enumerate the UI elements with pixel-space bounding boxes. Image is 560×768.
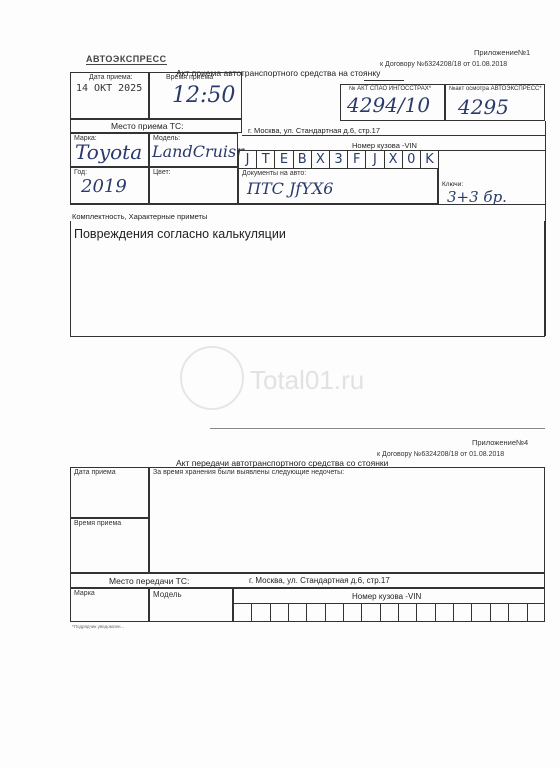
watermark: Total01.ru (180, 350, 364, 414)
vin-char: T (256, 150, 274, 168)
vin-char: F (347, 150, 365, 168)
vin-char: J (365, 150, 383, 168)
vin-char: X (311, 150, 329, 168)
appendix-label: Приложение№4 (472, 438, 528, 447)
vin-char-empty (251, 603, 269, 622)
keys-label: Ключи: (442, 181, 463, 188)
vin-char-empty (416, 603, 434, 622)
vin-char-empty (325, 603, 343, 622)
year-label: Год: (74, 169, 87, 176)
vin-char-empty (453, 603, 471, 622)
vin-char: K (420, 150, 438, 168)
date-cell: Дата приема (70, 467, 149, 518)
model-cell: Модель (149, 588, 233, 622)
act-number-value: 4294/10 (347, 93, 430, 117)
vin-char: X (384, 150, 402, 168)
date-label: Дата приема (74, 469, 116, 476)
place-label-cell: Место приема ТС: (70, 119, 242, 133)
time-cell: Время приема 12:50 (149, 72, 242, 119)
defects-box: За время хранения были выявлены следующи… (149, 467, 545, 573)
vin-char-empty (361, 603, 379, 622)
model-label: Модель: (153, 135, 180, 142)
appendix-label: Приложение№1 (474, 48, 530, 57)
year-value: 2019 (81, 176, 127, 197)
time-label: Время приема (166, 74, 213, 81)
documents-value: ПТС ЈfYX6 (247, 179, 333, 198)
time-label: Время приема (74, 520, 121, 527)
vin-char: J (238, 150, 256, 168)
footnote: *Подрядчик уведомлен... (72, 624, 124, 629)
documents-label: Документы на авто: (242, 170, 306, 177)
act-number-label: № АКТ СПАО ИНГОССТРАХ* (349, 86, 431, 92)
vin-char-empty (527, 603, 545, 622)
place-label: Место приема ТС: (111, 121, 183, 131)
inspection-value: 4295 (458, 95, 509, 119)
make-value: Toyota (75, 140, 142, 164)
inspection-label: №акт осмотра АВТОЭКСПРЕСС* (449, 86, 542, 92)
equipment-box: Повреждения согласно калькуляции (70, 221, 545, 337)
date-cell: Дата приема: 14 ОКТ 2025 (70, 72, 149, 119)
vin-label: Номер кузова -VIN (352, 141, 417, 150)
model-value: LandCruisr (152, 142, 244, 161)
model-cell: Модель: LandCruisr (149, 133, 238, 167)
vin-char: E (274, 150, 292, 168)
address: г. Москва, ул. Стандартная д.6, стр.17 (248, 126, 380, 135)
vin-char-empty (306, 603, 324, 622)
address: г. Москва, ул. Стандартная д.6, стр.17 (249, 576, 390, 585)
year-cell: Год: 2019 (70, 167, 149, 204)
documents-cell: Документы на авто: ПТС ЈfYX6 (238, 168, 438, 204)
equipment-label: Комплектность, Характерные приметы (72, 212, 207, 221)
vin-label: Номер кузова -VIN (352, 592, 421, 601)
place-label: Место передачи ТС: (109, 576, 189, 586)
vin-char: 3 (329, 150, 347, 168)
vin-field-empty (233, 603, 545, 622)
car-logo-icon (180, 346, 244, 410)
company-logo: АВТОЭКСПРЕСС (86, 54, 167, 65)
date-label: Дата приема: (89, 74, 133, 81)
time-cell: Время приема (70, 518, 149, 573)
vin-char-empty (343, 603, 361, 622)
vin-char-empty (490, 603, 508, 622)
watermark-text: Total01.ru (250, 365, 364, 395)
defects-label: За время хранения были выявлены следующи… (153, 469, 344, 476)
color-label: Цвет: (153, 169, 171, 176)
make-cell: Марка: Toyota (70, 133, 149, 167)
color-cell: Цвет: (149, 167, 238, 204)
vin-char: B (293, 150, 311, 168)
vin-char-empty (471, 603, 489, 622)
vin-char-empty (398, 603, 416, 622)
vin-char-empty (380, 603, 398, 622)
model-label: Модель (153, 590, 182, 599)
vin-char-empty (508, 603, 526, 622)
vin-char-empty (288, 603, 306, 622)
contract-ref: к Договору №6324208/18 от 01.08.2018 (380, 61, 507, 68)
act-number-cell: № АКТ СПАО ИНГОССТРАХ* 4294/10 (340, 84, 445, 121)
date-stamp: 14 ОКТ 2025 (76, 83, 142, 94)
vin-char-empty (270, 603, 288, 622)
vin-field: JTEBX3FJX0K (238, 150, 439, 168)
inspection-number-cell: №акт осмотра АВТОЭКСПРЕСС* 4295 (445, 84, 545, 121)
vin-char-empty (233, 603, 251, 622)
time-value: 12:50 (172, 83, 235, 108)
vin-char: 0 (402, 150, 420, 168)
place-row: Место передачи ТС: г. Москва, ул. Станда… (70, 573, 545, 588)
equipment-value: Повреждения согласно калькуляции (74, 227, 286, 241)
make-cell: Марка (70, 588, 149, 622)
vin-char-empty (435, 603, 453, 622)
make-label: Марка (74, 590, 95, 597)
contract-ref: к Договору №6324208/18 от 01.08.2018 (377, 451, 504, 458)
